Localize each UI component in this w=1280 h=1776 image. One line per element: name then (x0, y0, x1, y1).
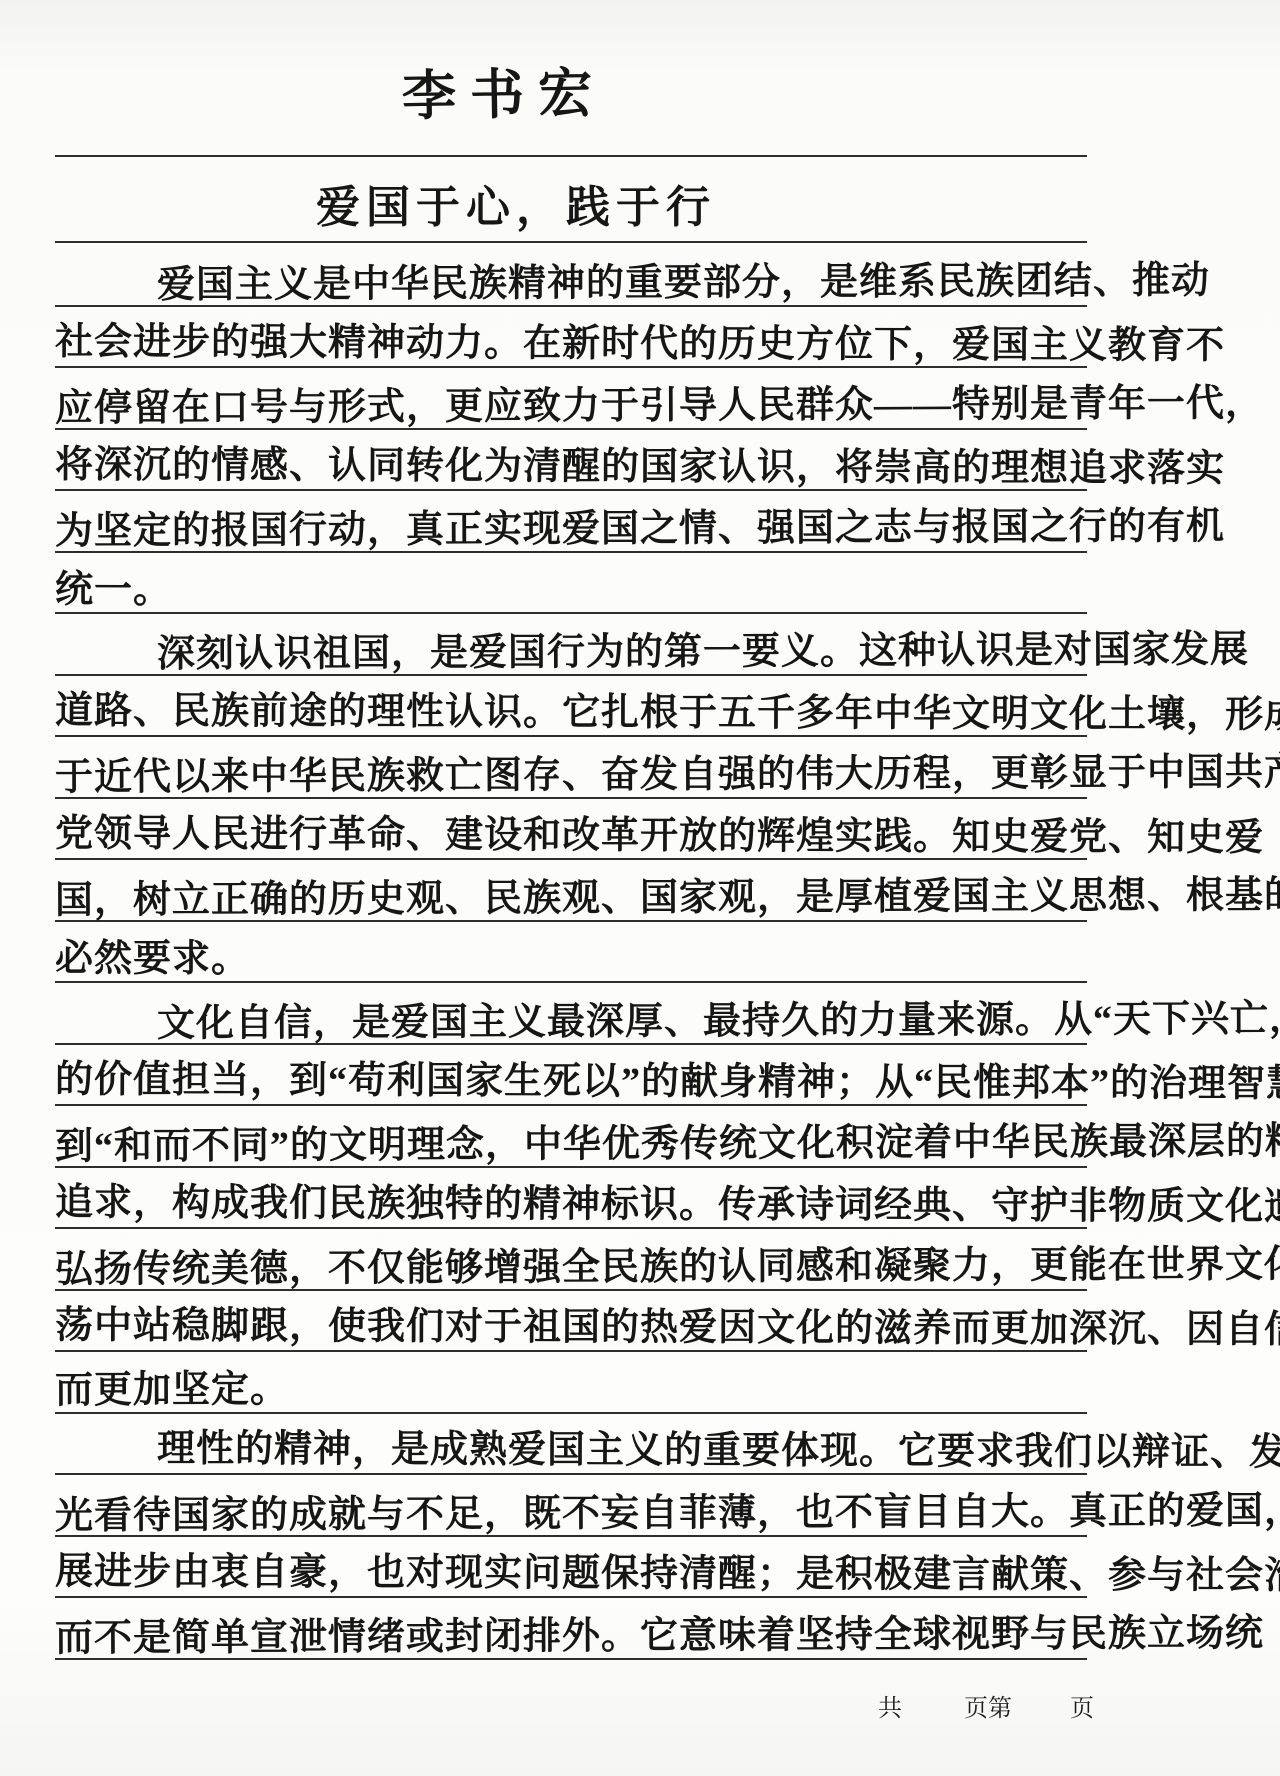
essay-line: 文化自信，是爱国主义最深厚、最持久的力量来源。从“天下兴亡，匹夫有责” (55, 983, 1087, 1045)
essay-line-text: 弘扬传统美德，不仅能够增强全民族的认同感和凝聚力，更能在世界文化的激 (55, 1245, 1280, 1289)
page-footer: 共 页第 页 (878, 1688, 1094, 1723)
essay-line: 党领导人民进行革命、建设和改革开放的辉煌实践。知史爱党、知史爱 (55, 799, 1087, 861)
essay-line-text: 将深沉的情感、认同转化为清醒的国家认识，将崇高的理想追求落实 (55, 446, 1225, 488)
author-name: 李书宏 (401, 50, 606, 131)
essay-line: 理性的精神，是成熟爱国主义的重要体现。它要求我们以辩证、发展的眼 (55, 1414, 1087, 1476)
essay-title: 爱国于心，践于行 (316, 171, 716, 235)
essay-line-text: 荡中站稳脚跟，使我们对于祖国的热爱因文化的滋养而更加深沉、因自信的支撑 (55, 1307, 1280, 1350)
essay-sheet: 李书宏 爱国于心，践于行 爱国主义是中华民族精神的重要部分，是维系民族团结、推动… (0, 0, 1280, 1776)
essay-line: 应停留在口号与形式，更应致力于引导人民群众——特别是青年一代， (55, 368, 1087, 430)
essay-line: 展进步由衷自豪，也对现实问题保持清醒；是积极建言献策、参与社会治理， (55, 1537, 1087, 1599)
essay-line: 爱国主义是中华民族精神的重要部分，是维系民族团结、推动 (55, 245, 1087, 307)
essay-line-text: 社会进步的强大精神动力。在新时代的历史方位下，爱国主义教育不 (55, 323, 1225, 365)
essay-line: 道路、民族前途的理性认识。它扎根于五千多年中华文明文化土壤，形成 (55, 676, 1087, 738)
essay-line: 弘扬传统美德，不仅能够增强全民族的认同感和凝聚力，更能在世界文化的激 (55, 1229, 1087, 1291)
essay-line-text: 为坚定的报国行动，真正实现爱国之情、强国之志与报国之行的有机 (55, 507, 1225, 550)
essay-line-text: 展进步由衷自豪，也对现实问题保持清醒；是积极建言献策、参与社会治理， (55, 1553, 1280, 1596)
essay-line: 将深沉的情感、认同转化为清醒的国家认识，将崇高的理想追求落实 (55, 430, 1087, 492)
essay-line-text: 光看待国家的成就与不足，既不妄自菲薄，也不盲目自大。真正的爱国，是为国家的发 (55, 1490, 1280, 1534)
footer-total-label: 共 (878, 1688, 902, 1723)
essay-line: 国，树立正确的历史观、民族观、国家观，是厚植爱国主义思想、根基的 (55, 860, 1087, 922)
essay-line-text: 到“和而不同”的文明理念，中华优秀传统文化积淀着中华民族最深层的精神 (55, 1122, 1280, 1166)
footer-page-mid-label: 页第 (964, 1688, 1012, 1723)
title-row: 爱国于心，践于行 (55, 155, 1087, 243)
essay-line-text: 统一。 (55, 571, 172, 609)
essay-line: 而更加坚定。 (55, 1352, 1087, 1414)
essay-line-text: 理性的精神，是成熟爱国主义的重要体现。它要求我们以辩证、发展的眼 (157, 1430, 1280, 1472)
essay-line: 荡中站稳脚跟，使我们对于祖国的热爱因文化的滋养而更加深沉、因自信的支撑 (55, 1291, 1087, 1353)
essay-line-text: 必然要求。 (55, 940, 250, 979)
essay-line: 于近代以来中华民族救亡图存、奋发自强的伟大历程，更彰显于中国共产 (55, 737, 1087, 799)
essay-line: 到“和而不同”的文明理念，中华优秀传统文化积淀着中华民族最深层的精神 (55, 1106, 1087, 1168)
essay-line-text: 文化自信，是爱国主义最深厚、最持久的力量来源。从“天下兴亡，匹夫有责” (157, 999, 1280, 1043)
essay-line-text: 党领导人民进行革命、建设和改革开放的辉煌实践。知史爱党、知史爱 (55, 815, 1264, 857)
essay-line-text: 而更加坚定。 (55, 1370, 289, 1409)
essay-line-text: 应停留在口号与形式，更应致力于引导人民群众——特别是青年一代， (55, 384, 1264, 427)
essay-line: 为坚定的报国行动，真正实现爱国之情、强国之志与报国之行的有机 (55, 491, 1087, 553)
footer-page-end-label: 页 (1070, 1688, 1094, 1723)
essay-line-text: 爱国主义是中华民族精神的重要部分，是维系民族团结、推动 (157, 261, 1210, 304)
essay-line: 的价值担当，到“苟利国家生死以”的献身精神；从“民惟邦本”的治理智慧， (55, 1045, 1087, 1107)
essay-line-text: 而不是简单宣泄情绪或封闭排外。它意味着坚持全球视野与民族立场统 (55, 1614, 1264, 1657)
essay-line: 追求，构成我们民族独特的精神标识。传承诗词经典、守护非物质文化遗产、 (55, 1168, 1087, 1230)
essay-line-text: 道路、民族前途的理性认识。它扎根于五千多年中华文明文化土壤，形成 (55, 692, 1280, 734)
essay-line: 而不是简单宣泄情绪或封闭排外。它意味着坚持全球视野与民族立场统 (55, 1598, 1087, 1660)
essay-line-text: 于近代以来中华民族救亡图存、奋发自强的伟大历程，更彰显于中国共产 (55, 753, 1280, 796)
essay-line: 统一。 (55, 553, 1087, 615)
essay-line: 必然要求。 (55, 922, 1087, 984)
essay-line-text: 追求，构成我们民族独特的精神标识。传承诗词经典、守护非物质文化遗产、 (55, 1184, 1280, 1227)
essay-line: 光看待国家的成就与不足，既不妄自菲薄，也不盲目自大。真正的爱国，是为国家的发 (55, 1475, 1087, 1537)
essay-lines: 爱国主义是中华民族精神的重要部分，是维系民族团结、推动社会进步的强大精神动力。在… (55, 245, 1087, 1660)
essay-line-text: 的价值担当，到“苟利国家生死以”的献身精神；从“民惟邦本”的治理智慧， (55, 1061, 1280, 1103)
essay-line-text: 深刻认识祖国，是爱国行为的第一要义。这种认识是对国家发展 (157, 630, 1249, 673)
essay-line: 深刻认识祖国，是爱国行为的第一要义。这种认识是对国家发展 (55, 614, 1087, 676)
essay-line-text: 国，树立正确的历史观、民族观、国家观，是厚植爱国主义思想、根基的 (55, 876, 1280, 919)
essay-line: 社会进步的强大精神动力。在新时代的历史方位下，爱国主义教育不 (55, 307, 1087, 369)
